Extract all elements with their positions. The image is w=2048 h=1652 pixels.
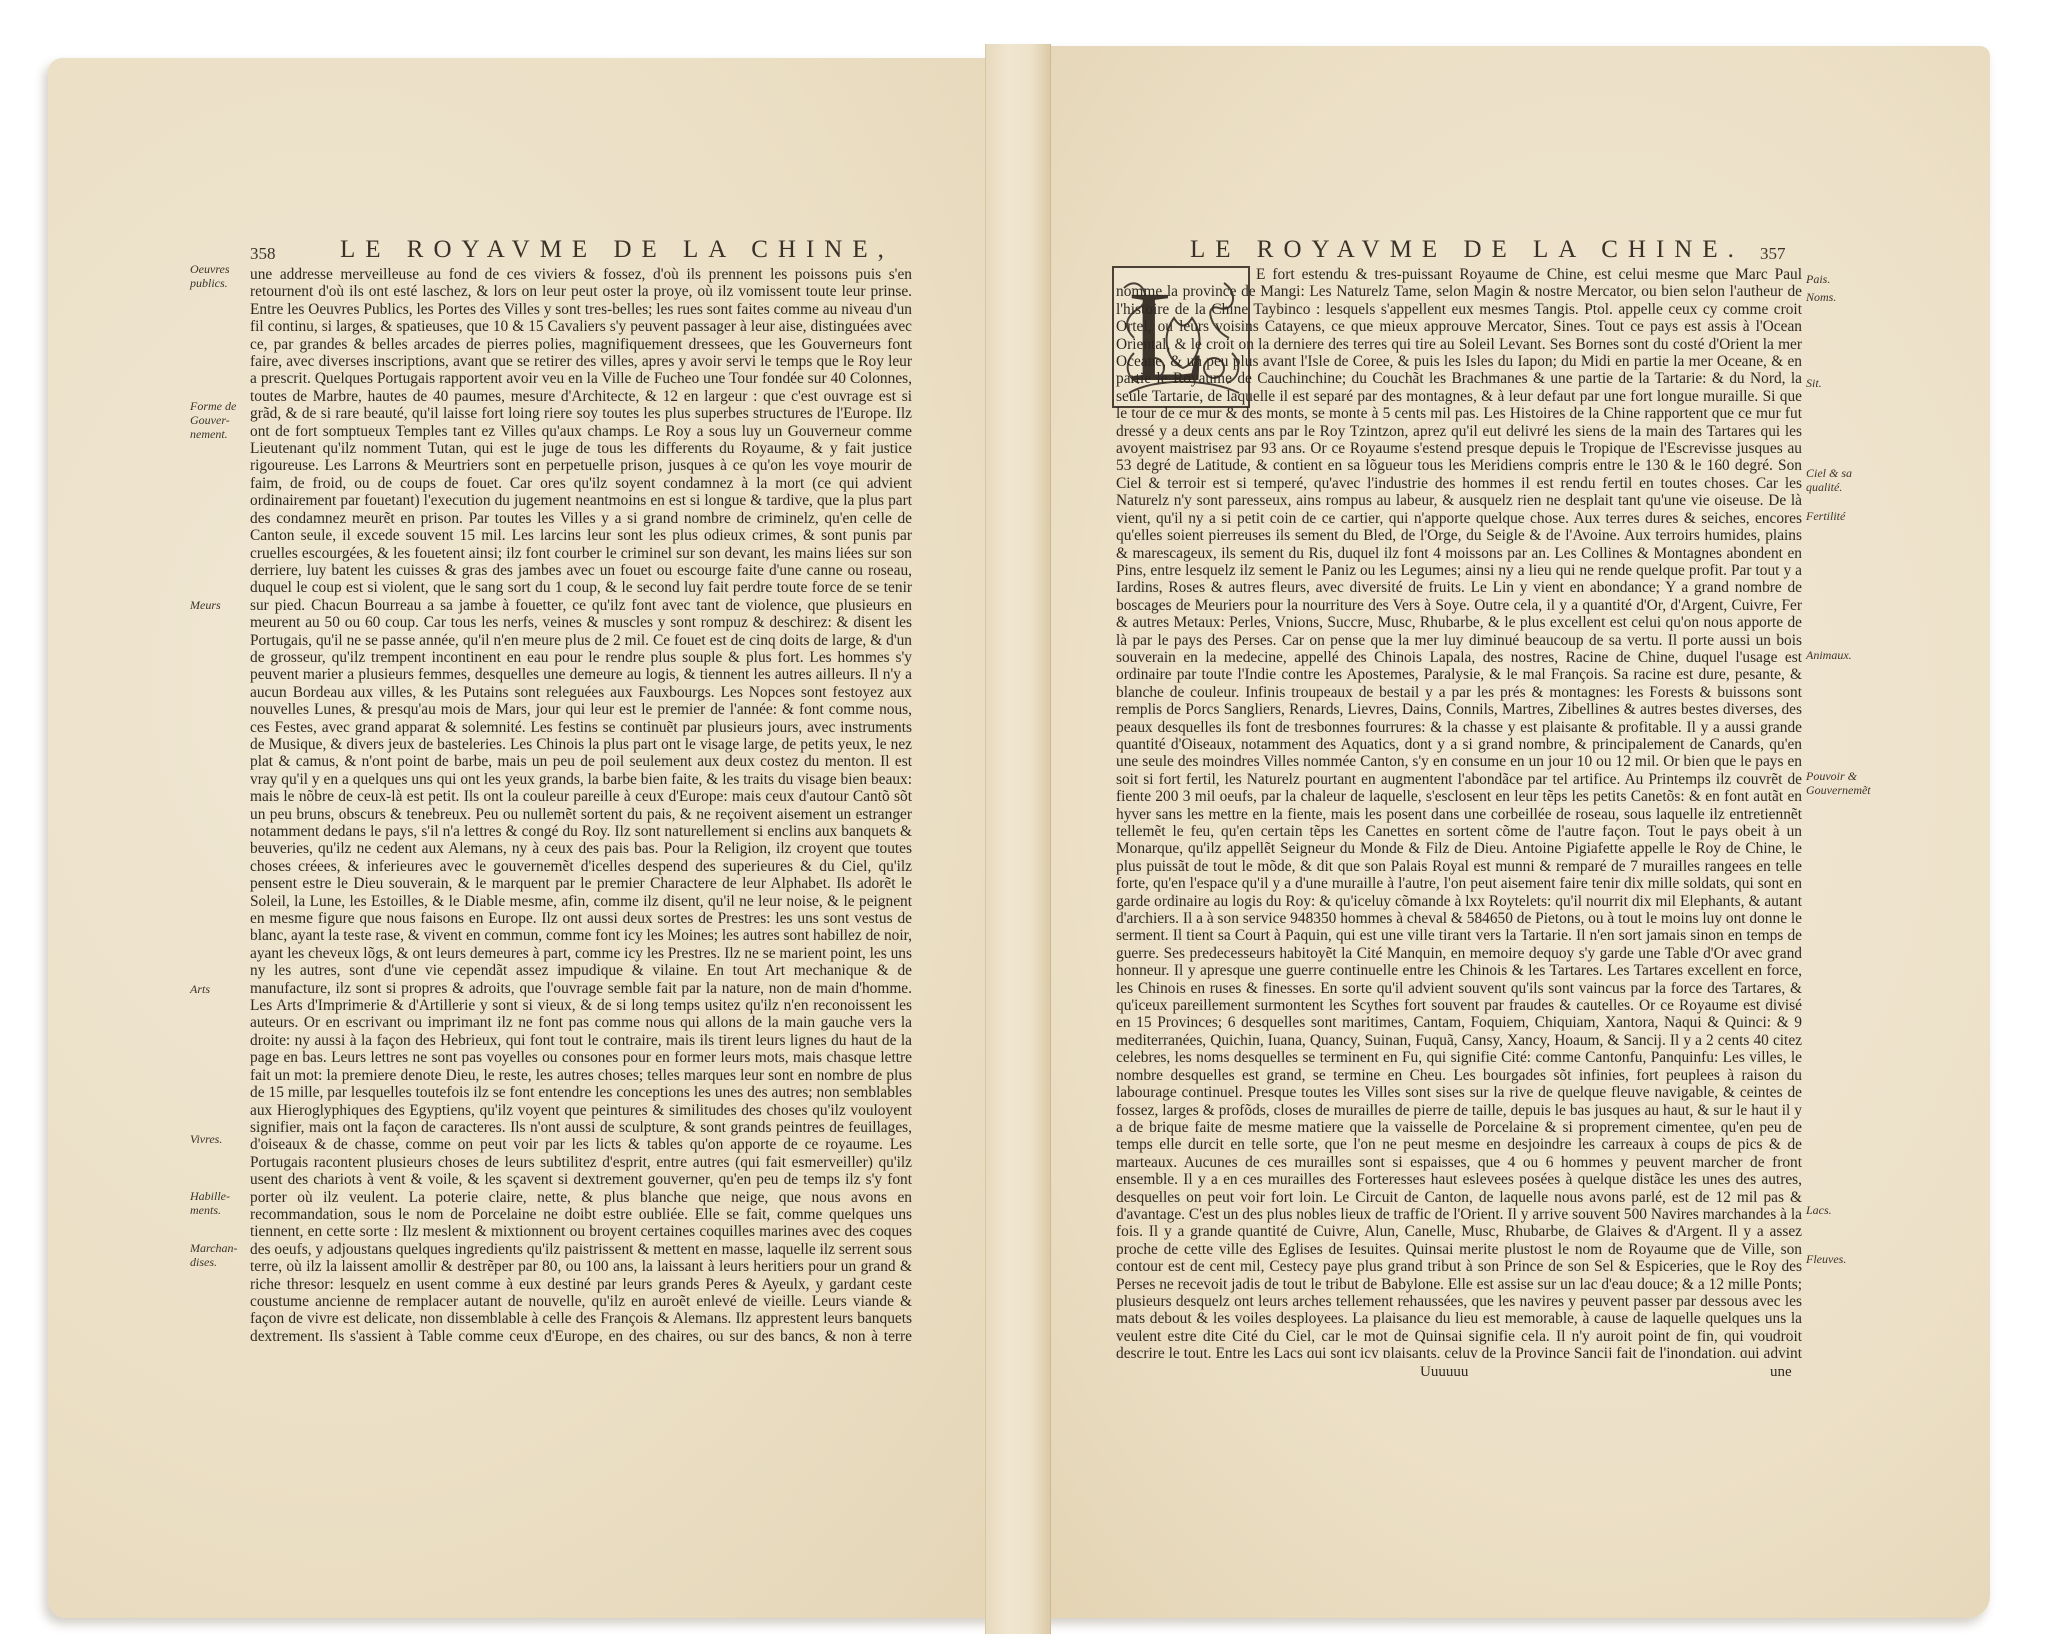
page-number: 358	[250, 244, 276, 263]
running-head-title: LE ROYAVME DE LA CHINE,	[340, 236, 894, 263]
page-number: 357	[1760, 244, 1786, 263]
margin-note: Lacs.	[1806, 1203, 1876, 1217]
spine-guard-strip	[985, 44, 1051, 1634]
margin-note: Meurs	[190, 598, 246, 612]
margin-note: Noms.	[1806, 290, 1876, 304]
left-folio: 358	[250, 244, 276, 264]
signature-mark: Uuuuuu	[1420, 1364, 1468, 1381]
right-folio: 357	[1760, 244, 1786, 264]
margin-note: Forme de Gouver-nement.	[190, 399, 246, 441]
margin-note: Fleuves.	[1806, 1252, 1876, 1266]
margin-note: Vivres.	[190, 1132, 246, 1146]
margin-note: Pais.	[1806, 272, 1876, 286]
catchword: une	[1770, 1364, 1792, 1381]
right-running-head: LE ROYAVME DE LA CHINE.	[1190, 236, 1744, 264]
right-body-text: E fort estendu & tres-puissant Royaume d…	[1116, 266, 1802, 1358]
margin-note: Marchan-dises.	[190, 1241, 246, 1269]
margin-note: Habille-ments.	[190, 1189, 246, 1217]
left-running-head: LE ROYAVME DE LA CHINE,	[340, 236, 894, 264]
margin-note: Oeuvres publics.	[190, 262, 246, 290]
left-body-text: une addresse merveilleuse au fond de ces…	[250, 266, 912, 1346]
margin-note: Arts	[190, 982, 246, 996]
margin-note: Ciel & sa qualité.	[1806, 466, 1866, 494]
margin-note: Fertilité	[1806, 509, 1876, 523]
margin-note: Pouvoir & Gouvernemẽt	[1806, 769, 1876, 797]
margin-note: Sit.	[1806, 376, 1876, 390]
margin-note: Animaux.	[1806, 648, 1856, 662]
running-head-title: LE ROYAVME DE LA CHINE.	[1190, 236, 1744, 263]
